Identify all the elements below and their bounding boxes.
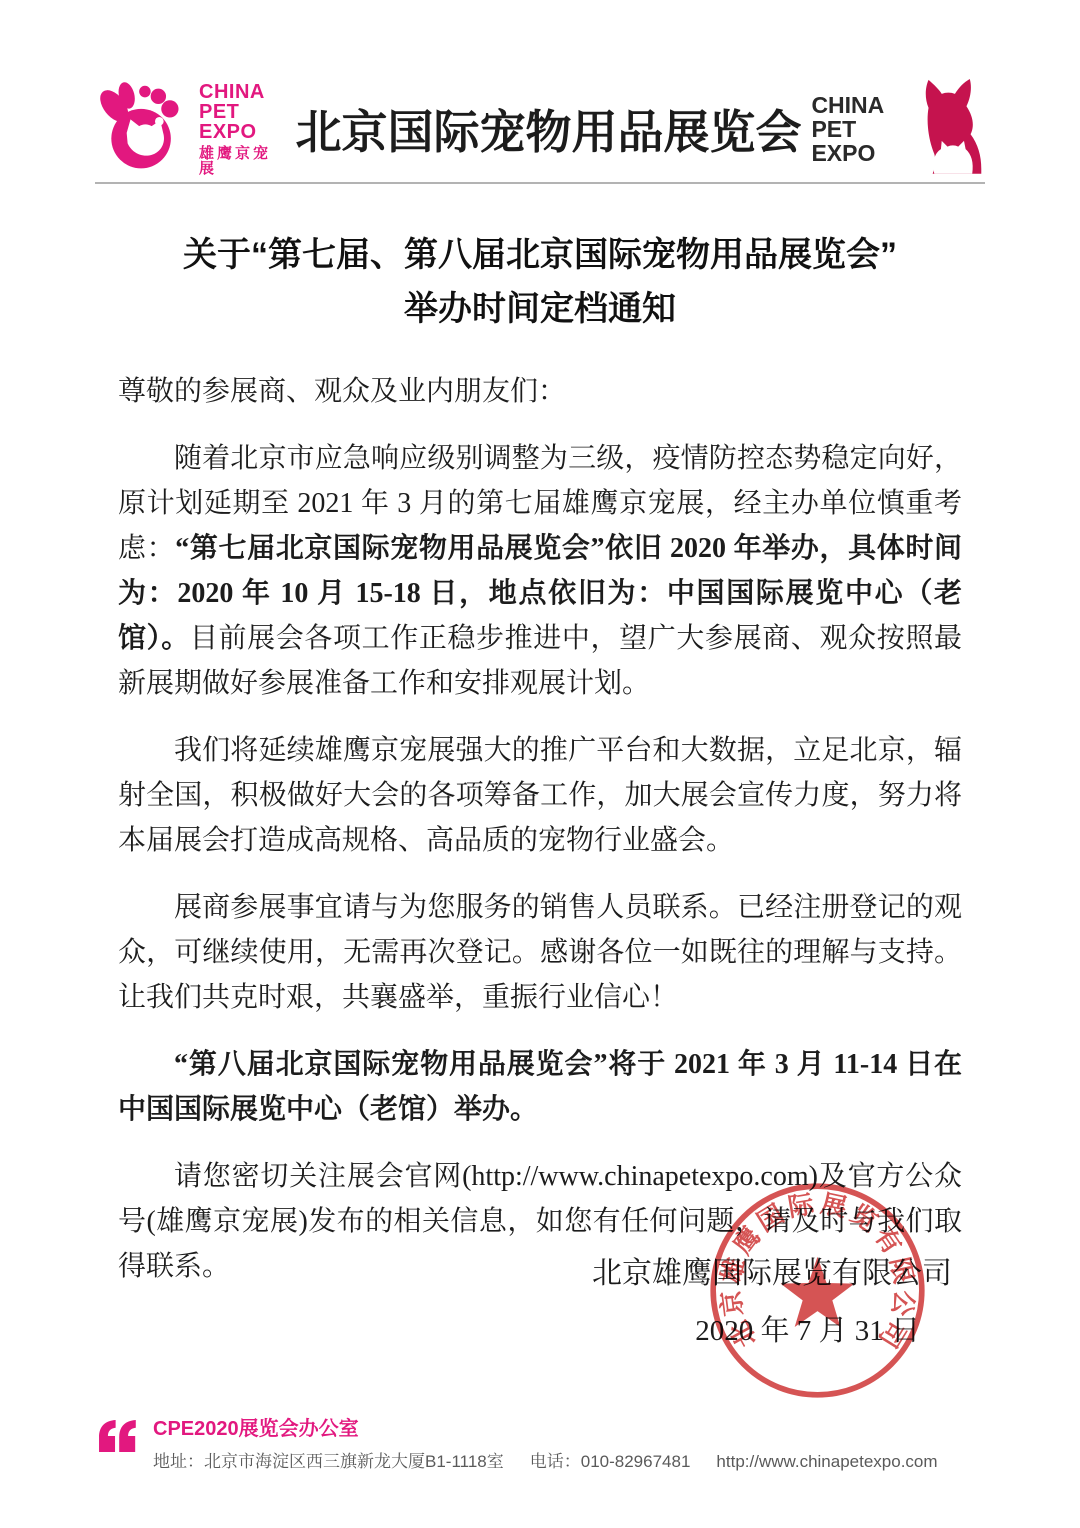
dog-cat-silhouette-icon — [903, 70, 985, 182]
notice-content: 关于“第七届、第八届北京国际宠物用品展览会” 举办时间定档通知 尊敬的参展商、观… — [118, 228, 962, 1289]
header-en-line2: PET EXPO — [811, 117, 902, 165]
signature-date: 2020 年 7 月 31 日 — [592, 1308, 952, 1349]
text-run: 目前展会各项工作正稳步推进中，望广大参展商、观众按照最新展期做好参展准备工作和安… — [118, 623, 962, 699]
logo-brand-sub: 雄鹰京宠展 — [199, 146, 281, 177]
text-run: 展商参展事宜请与为您服务的销售人员联系。已经注册登记的观众，可继续使用，无需再次… — [118, 892, 962, 1013]
footer-phone: 电话：010-82967481 — [530, 1452, 691, 1471]
logo-brand-line2: PET EXPO — [199, 102, 281, 143]
text-run: “第八届北京国际宠物用品展览会”将于 2021 年 3 月 11-14 日在中国… — [118, 1049, 962, 1125]
greeting-line: 尊敬的参展商、观众及业内朋友们： — [118, 369, 962, 414]
notice-title-line1: 关于“第七届、第八届北京国际宠物用品展览会” — [118, 228, 962, 282]
logo-brand-text: CHINA PET EXPO 雄鹰京宠展 — [199, 82, 281, 177]
document-footer: CPE2020展览会办公室 地址：北京市海淀区西三旗新龙大厦B1-1118室电话… — [99, 1412, 964, 1472]
text-run: 我们将延续雄鹰京宠展强大的推广平台和大数据，立足北京，辐射全国，积极做好大会的各… — [118, 735, 962, 856]
header-en-line1: CHINA — [811, 93, 902, 117]
signature-block: 北京雄鹰国际展览有限公司 2020 年 7 月 31 日 — [592, 1248, 952, 1349]
paragraph-3: 展商参展事宜请与为您服务的销售人员联系。已经注册登记的观众，可继续使用，无需再次… — [118, 885, 962, 1020]
paw-logo-icon — [95, 81, 191, 177]
paragraph-1: 随着北京市应急响应级别调整为三级，疫情防控态势稳定向好，原计划延期至 2021 … — [118, 436, 962, 706]
header-divider — [95, 182, 985, 184]
quote-icon — [99, 1420, 137, 1452]
footer-website: http://www.chinapetexpo.com — [716, 1452, 937, 1471]
header-title-en: CHINA PET EXPO — [811, 93, 902, 165]
document-header: CHINA PET EXPO 雄鹰京宠展 北京国际宠物用品展览会 CHINA P… — [95, 76, 985, 182]
notice-body: 尊敬的参展商、观众及业内朋友们： 随着北京市应急响应级别调整为三级，疫情防控态势… — [118, 369, 962, 1289]
paragraph-2: 我们将延续雄鹰京宠展强大的推广平台和大数据，立足北京，辐射全国，积极做好大会的各… — [118, 728, 962, 863]
signature-company: 北京雄鹰国际展览有限公司 — [592, 1248, 952, 1292]
notice-title-line2: 举办时间定档通知 — [118, 282, 962, 336]
header-title-cn: 北京国际宠物用品展览会 — [295, 96, 801, 162]
notice-title: 关于“第七届、第八届北京国际宠物用品展览会” 举办时间定档通知 — [118, 228, 962, 337]
logo-brand-line1: CHINA — [199, 82, 281, 102]
footer-address: 地址：北京市海淀区西三旗新龙大厦B1-1118室 — [153, 1452, 504, 1471]
footer-contact-line: 地址：北京市海淀区西三旗新龙大厦B1-1118室电话：010-82967481h… — [153, 1447, 964, 1472]
notice-document-page: CHINA PET EXPO 雄鹰京宠展 北京国际宠物用品展览会 CHINA P… — [0, 0, 1080, 1528]
footer-office-title: CPE2020展览会办公室 — [153, 1412, 964, 1441]
paragraph-4: “第八届北京国际宠物用品展览会”将于 2021 年 3 月 11-14 日在中国… — [118, 1042, 962, 1132]
footer-text: CPE2020展览会办公室 地址：北京市海淀区西三旗新龙大厦B1-1118室电话… — [153, 1412, 964, 1472]
